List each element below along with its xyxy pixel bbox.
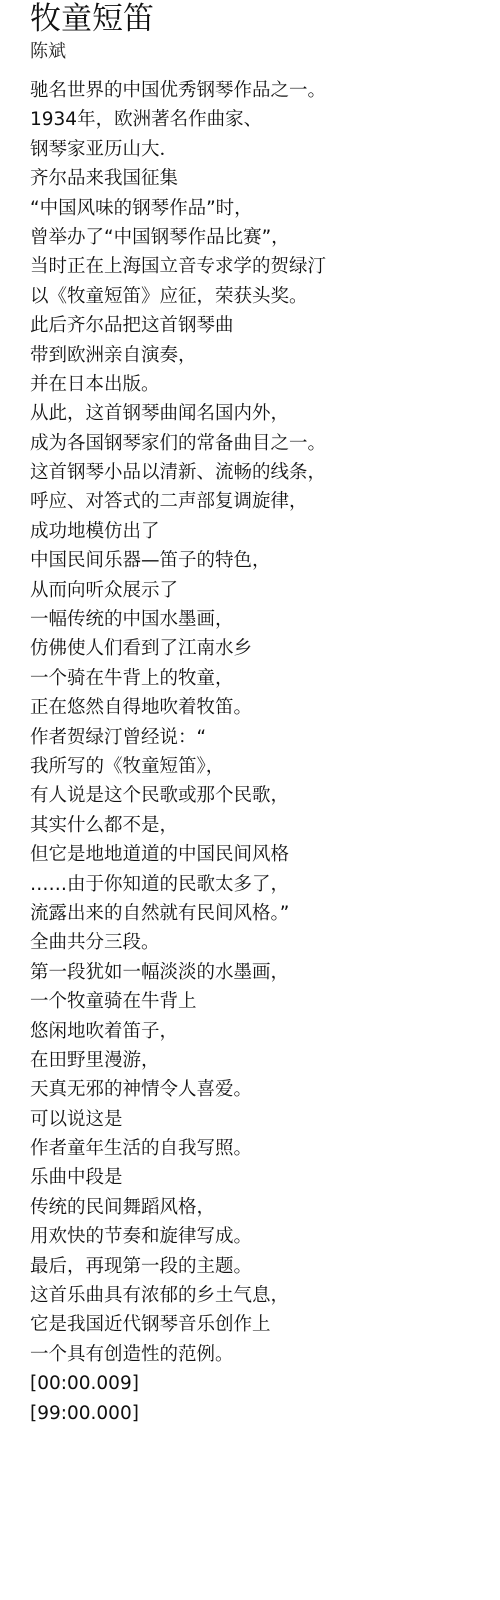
- lyric-line: “中国风味的钢琴作品”时，: [30, 194, 500, 223]
- lyrics-page: 牧童短笛 陈斌 驰名世界的中国优秀钢琴作品之一。1934年，欧洲著名作曲家、钢琴…: [0, 0, 500, 1428]
- lyric-line: 从而向听众展示了: [30, 576, 500, 605]
- lyric-line: 作者童年生活的自我写照。: [30, 1134, 500, 1163]
- lyric-line: 正在悠然自得地吹着牧笛。: [30, 693, 500, 722]
- lyric-line: 天真无邪的神情令人喜爱。: [30, 1075, 500, 1104]
- lyrics-body: 驰名世界的中国优秀钢琴作品之一。1934年，欧洲著名作曲家、钢琴家亚历山大．齐尔…: [30, 76, 500, 1428]
- lyric-line: 乐曲中段是: [30, 1163, 500, 1192]
- lyric-line: 曾举办了“中国钢琴作品比赛”，: [30, 223, 500, 252]
- lyric-line: 中国民间乐器—笛子的特色，: [30, 546, 500, 575]
- lyric-line: 呼应、对答式的二声部复调旋律，: [30, 487, 500, 516]
- lyric-line: 齐尔品来我国征集: [30, 164, 500, 193]
- lyric-line: 可以说这是: [30, 1105, 500, 1134]
- lyric-line: 这首钢琴小品以清新、流畅的线条，: [30, 458, 500, 487]
- lyric-line: 成功地模仿出了: [30, 517, 500, 546]
- lyric-line: 传统的民间舞蹈风格，: [30, 1193, 500, 1222]
- lyric-line: 钢琴家亚历山大．: [30, 135, 500, 164]
- lyric-line: 以《牧童短笛》应征，荣获头奖。: [30, 282, 500, 311]
- lyric-line: 我所写的《牧童短笛》，: [30, 752, 500, 781]
- lyric-line: 一个牧童骑在牛背上: [30, 987, 500, 1016]
- lyric-line: [00:00.009]: [30, 1369, 500, 1398]
- lyric-line: 带到欧洲亲自演奏，: [30, 341, 500, 370]
- lyric-line: 它是我国近代钢琴音乐创作上: [30, 1310, 500, 1339]
- lyric-line: 全曲共分三段。: [30, 928, 500, 957]
- lyric-line: 当时正在上海国立音专求学的贺绿汀: [30, 252, 500, 281]
- lyric-line: 成为各国钢琴家们的常备曲目之一。: [30, 429, 500, 458]
- lyric-line: 最后，再现第一段的主题。: [30, 1252, 500, 1281]
- lyric-line: 用欢快的节奏和旋律写成。: [30, 1222, 500, 1251]
- lyric-line: 此后齐尔品把这首钢琴曲: [30, 311, 500, 340]
- song-title: 牧童短笛: [30, 0, 500, 38]
- lyric-line: [99:00.000]: [30, 1399, 500, 1428]
- lyric-line: ……由于你知道的民歌太多了，: [30, 870, 500, 899]
- lyric-line: 在田野里漫游，: [30, 1046, 500, 1075]
- lyric-line: 从此，这首钢琴曲闻名国内外，: [30, 399, 500, 428]
- lyric-line: 这首乐曲具有浓郁的乡土气息，: [30, 1281, 500, 1310]
- lyric-line: 并在日本出版。: [30, 370, 500, 399]
- lyric-line: 1934年，欧洲著名作曲家、: [30, 105, 500, 134]
- lyric-line: 仿佛使人们看到了江南水乡: [30, 634, 500, 663]
- lyric-line: 一个具有创造性的范例。: [30, 1340, 500, 1369]
- lyric-line: 流露出来的自然就有民间风格。”: [30, 899, 500, 928]
- lyric-line: 悠闲地吹着笛子，: [30, 1017, 500, 1046]
- lyric-line: 但它是地地道道的中国民间风格: [30, 840, 500, 869]
- lyric-line: 第一段犹如一幅淡淡的水墨画，: [30, 958, 500, 987]
- lyric-line: 有人说是这个民歌或那个民歌，: [30, 781, 500, 810]
- song-author: 陈斌: [30, 38, 500, 66]
- lyric-line: 其实什么都不是，: [30, 811, 500, 840]
- lyric-line: 驰名世界的中国优秀钢琴作品之一。: [30, 76, 500, 105]
- lyric-line: 一幅传统的中国水墨画，: [30, 605, 500, 634]
- lyric-line: 作者贺绿汀曾经说：“: [30, 723, 500, 752]
- lyric-line: 一个骑在牛背上的牧童，: [30, 664, 500, 693]
